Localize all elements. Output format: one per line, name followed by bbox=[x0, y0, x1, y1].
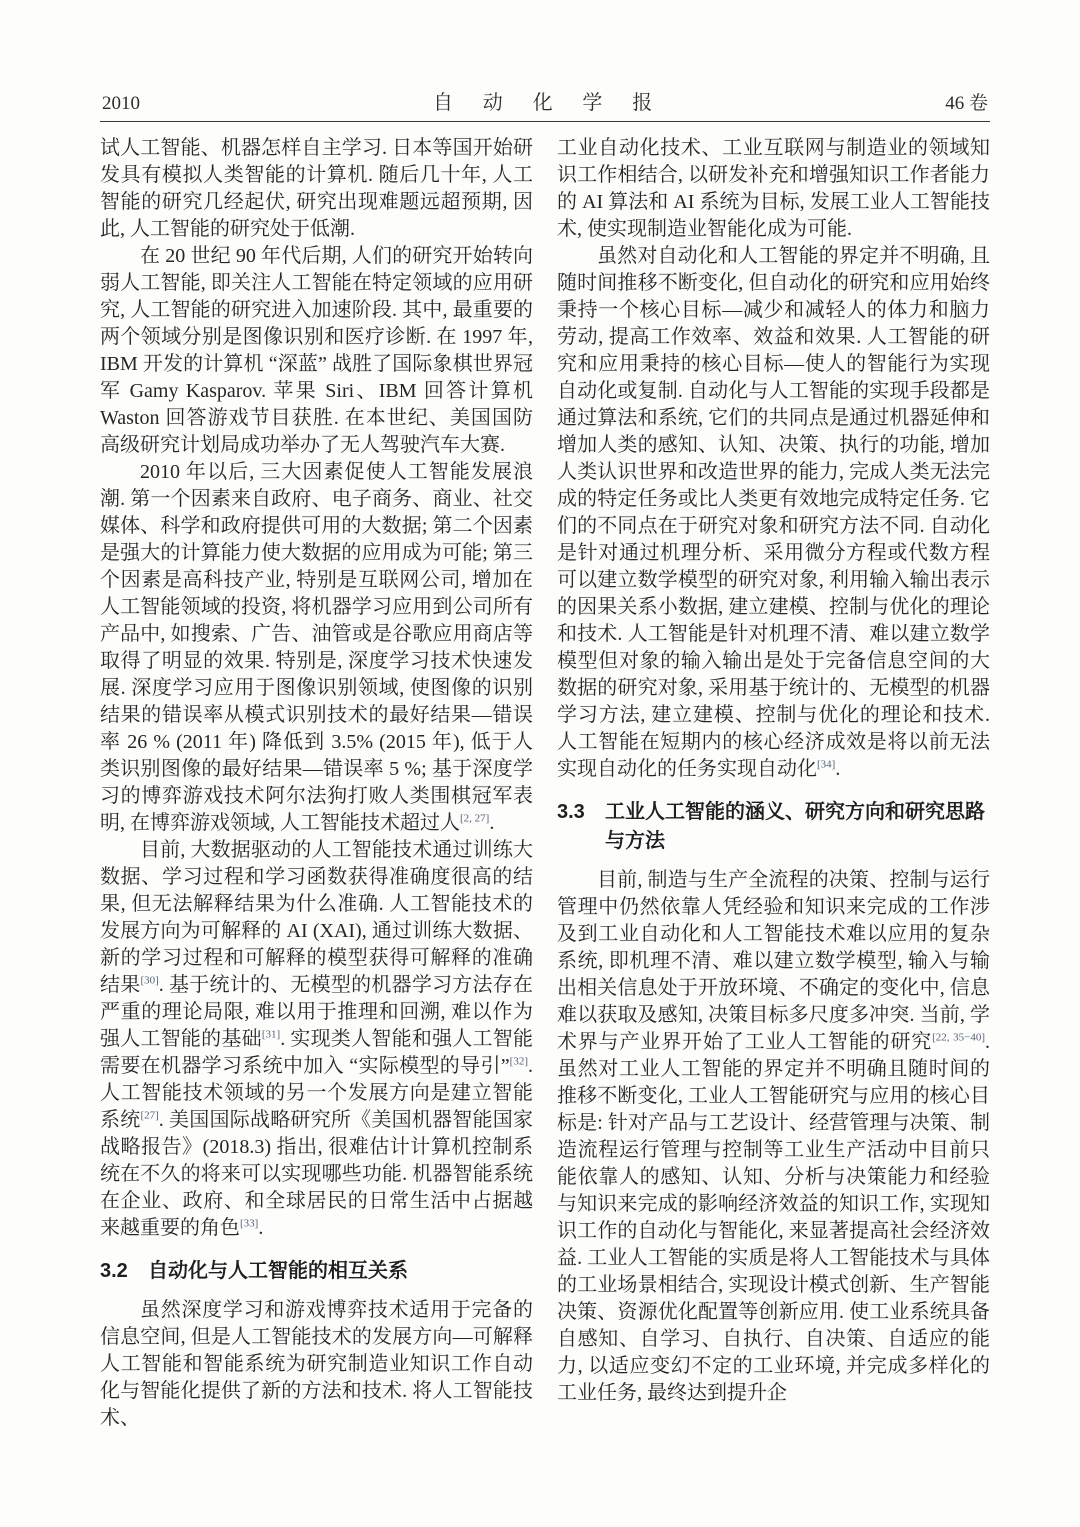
section-title: 工业人工智能的涵义、研究方向和研究思路与方法 bbox=[605, 798, 990, 856]
right-column: 工业自动化技术、工业互联网与制造业的领域知识工作相结合, 以研发补充和增强知识工… bbox=[557, 135, 990, 1432]
paragraph: 在 20 世纪 90 年代后期, 人们的研究开始转向弱人工智能, 即关注人工智能… bbox=[100, 243, 533, 459]
journal-title: 自 动 化 学 报 bbox=[421, 86, 665, 115]
header-year: 2010 bbox=[102, 93, 140, 115]
header-rule bbox=[100, 121, 990, 122]
section-number: 3.2 bbox=[100, 1257, 148, 1286]
paragraph: 2010 年以后, 三大因素促使人工智能发展浪潮. 第一个因素来自政府、电子商务… bbox=[100, 459, 533, 837]
section-title: 自动化与人工智能的相互关系 bbox=[148, 1257, 533, 1286]
paragraph: 虽然深度学习和游戏博弈技术适用于完备的信息空间, 但是人工智能技术的发展方向—可… bbox=[100, 1297, 533, 1432]
paragraph: 工业自动化技术、工业互联网与制造业的领域知识工作相结合, 以研发补充和增强知识工… bbox=[557, 135, 990, 243]
header-volume: 46 卷 bbox=[945, 88, 988, 115]
citation-ref: [27] bbox=[140, 1109, 158, 1121]
paragraph: 虽然对自动化和人工智能的界定并不明确, 且随时间推移不断变化, 但自动化的研究和… bbox=[557, 243, 990, 783]
citation-ref: [2, 27] bbox=[460, 812, 489, 824]
section-heading: 3.2自动化与人工智能的相互关系 bbox=[100, 1257, 533, 1286]
section-number: 3.3 bbox=[557, 798, 605, 856]
two-column-body: 试人工智能、机器怎样自主学习. 日本等国开始研发具有模拟人类智能的计算机. 随后… bbox=[100, 135, 990, 1432]
citation-ref: [31] bbox=[262, 1028, 280, 1040]
journal-page: 2010 自 动 化 学 报 46 卷 试人工智能、机器怎样自主学习. 日本等国… bbox=[0, 0, 1080, 1527]
paragraph: 目前, 大数据驱动的人工智能技术通过训练大数据、学习过程和学习函数获得准确度很高… bbox=[100, 837, 533, 1242]
citation-ref: [32] bbox=[510, 1055, 528, 1067]
citation-ref: [33] bbox=[240, 1217, 258, 1229]
section-heading: 3.3工业人工智能的涵义、研究方向和研究思路与方法 bbox=[557, 798, 990, 856]
paragraph: 试人工智能、机器怎样自主学习. 日本等国开始研发具有模拟人类智能的计算机. 随后… bbox=[100, 135, 533, 243]
citation-ref: [22, 35−40] bbox=[932, 1031, 985, 1043]
page-header: 2010 自 动 化 学 报 46 卷 bbox=[100, 86, 990, 121]
paragraph: 目前, 制造与生产全流程的决策、控制与运行管理中仍然依靠人凭经验和知识来完成的工… bbox=[557, 867, 990, 1407]
left-column: 试人工智能、机器怎样自主学习. 日本等国开始研发具有模拟人类智能的计算机. 随后… bbox=[100, 135, 533, 1432]
citation-ref: [34] bbox=[817, 758, 835, 770]
citation-ref: [30] bbox=[140, 974, 158, 986]
